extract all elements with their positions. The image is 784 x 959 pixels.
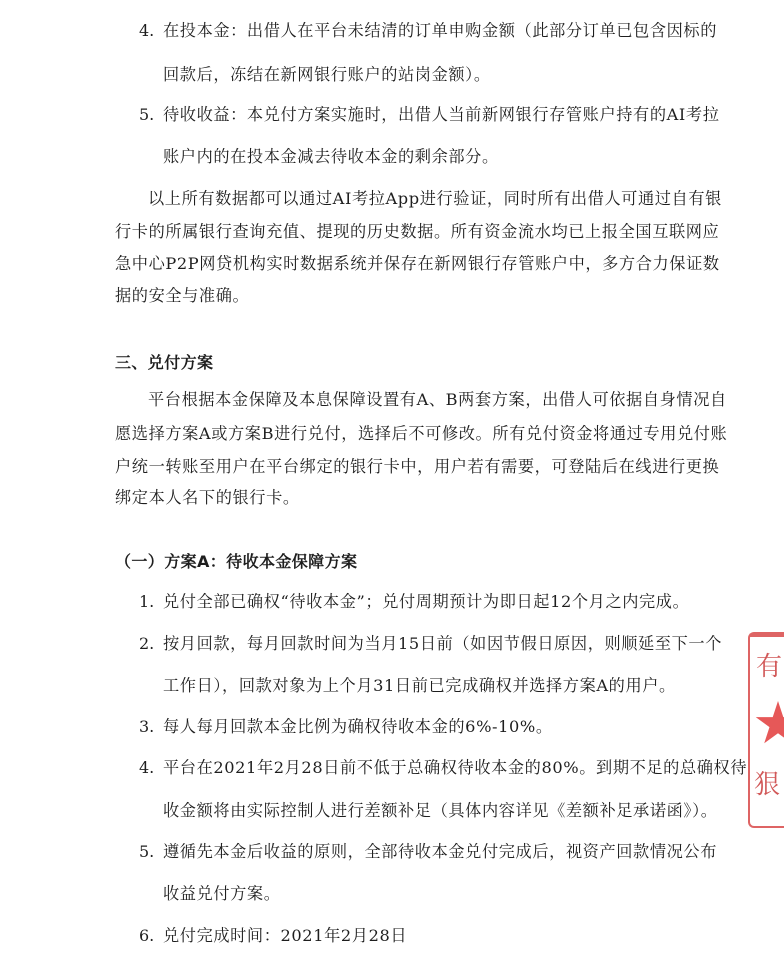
item-text: 遵循先本金后收益的原则，全部待收本金兑付完成后，视资产回款情况公布	[163, 842, 717, 862]
paragraph-line: 绑定本人名下的银行卡。	[115, 488, 300, 508]
item-number: 4.	[139, 758, 154, 778]
definition-text: 回款后，冻结在新网银行账户的站岗金额）。	[163, 65, 491, 85]
star-icon: ★	[752, 694, 784, 752]
paragraph-line: 平台根据本金保障及本息保障设置有A、B两套方案，出借人可依据自身情况自	[148, 390, 727, 410]
item-number: 5.	[139, 842, 154, 862]
item-text: 工作日），回款对象为上个月31日前已完成确权并选择方案A的用户。	[163, 676, 676, 696]
seal-border	[750, 634, 784, 637]
item-text: 平台在2021年2月28日前不低于总确权待收本金的80%。到期不足的总确权待	[163, 758, 747, 778]
item-text: 兑付完成时间：2021年2月28日	[163, 926, 407, 946]
definition-number: 5.	[139, 105, 154, 125]
item-text: 兑付全部已确权“待收本金”；兑付周期预计为即日起12个月之内完成。	[163, 592, 689, 612]
item-number: 2.	[139, 634, 154, 654]
paragraph-line: 以上所有数据都可以通过AI考拉App进行验证，同时所有出借人可通过自有银	[148, 189, 722, 209]
item-text: 每人每月回款本金比例为确权待收本金的6%-10%。	[163, 717, 553, 737]
item-text: 按月回款，每月回款时间为当月15日前（如因节假日原因，则顺延至下一个	[163, 634, 722, 654]
item-number: 3.	[139, 717, 154, 737]
item-number: 6.	[139, 926, 154, 946]
seal-text-top: 有	[756, 646, 782, 683]
paragraph-line: 户统一转账至用户在平台绑定的银行卡中，用户若有需要，可登陆后在线进行更换	[115, 457, 719, 477]
item-number: 1.	[139, 592, 154, 612]
paragraph-line: 行卡的所属银行查询充值、提现的历史数据。所有资金流水均已上报全国互联网应	[115, 222, 719, 242]
paragraph-line: 愿选择方案A或方案B进行兑付，选择后不可修改。所有兑付资金将通过专用兑付账	[115, 424, 727, 444]
section-heading: 三、兑付方案	[115, 353, 213, 373]
definition-number: 4.	[139, 21, 154, 41]
definition-text: 账户内的在投本金减去待收本金的剩余部分。	[163, 147, 499, 167]
company-seal: 有 ★ 狠	[748, 632, 784, 828]
subsection-heading: （一）方案A：待收本金保障方案	[115, 552, 357, 572]
seal-text-bottom: 狠	[754, 764, 780, 801]
paragraph-line: 急中心P2P网贷机构实时数据系统并保存在新网银行存管账户中，多方合力保证数	[115, 254, 720, 274]
item-text: 收金额将由实际控制人进行差额补足（具体内容详见《差额补足承诺函》）。	[163, 801, 718, 821]
definition-text: 在投本金：出借人在平台未结清的订单申购金额（此部分订单已包含因标的	[163, 21, 717, 41]
item-text: 收益兑付方案。	[163, 884, 281, 904]
paragraph-line: 据的安全与准确。	[115, 286, 249, 306]
definition-text: 待收收益：本兑付方案实施时，出借人当前新网银行存管账户持有的AI考拉	[163, 105, 719, 125]
